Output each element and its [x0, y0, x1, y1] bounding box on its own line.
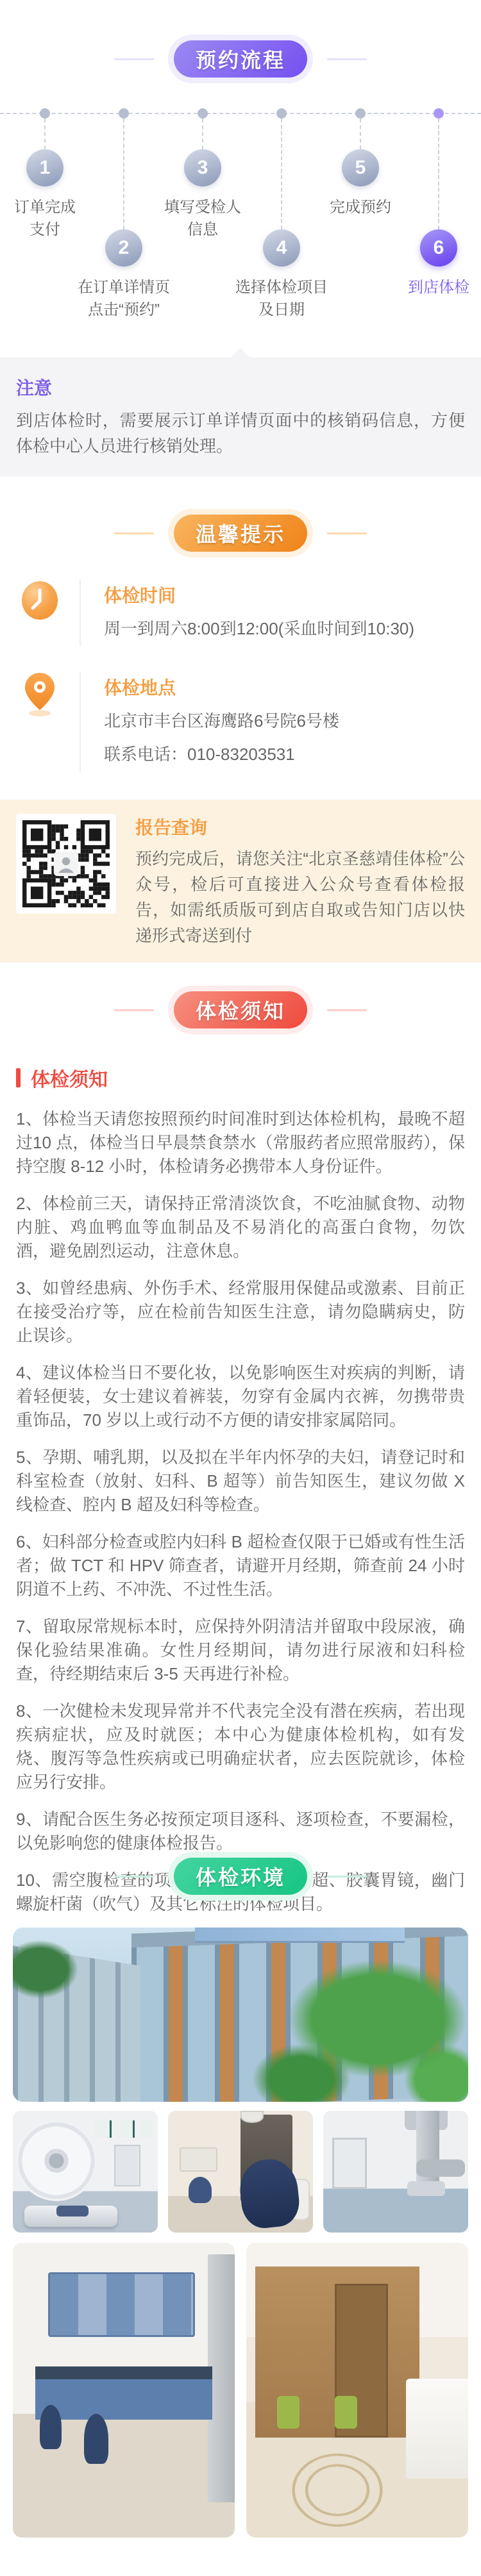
- timeline-dot-2: [119, 108, 129, 119]
- header-line-left: [114, 1876, 154, 1878]
- lab-chair: [40, 2405, 62, 2449]
- header-line-left: [114, 58, 154, 60]
- checkup-detail-page: 预约流程 1 2 3 4 5 6 订单完成 支付 在订单详情页 点击“预约” 填…: [0, 0, 481, 2576]
- tip-phone-text: 联系电话：010-83203531: [104, 742, 465, 766]
- photo-reception-lobby: [246, 2243, 468, 2538]
- title-accent-bar: [16, 1068, 21, 1087]
- photo-row-rooms: [13, 2243, 468, 2538]
- tip-address-text: 北京市丰台区海鹰路6号院6号楼: [104, 709, 465, 733]
- verification-notice-box: 注意 到店体检时，需要展示订单详情页面中的核销码信息，方便体检中心人员进行核销处…: [0, 358, 481, 477]
- note-item-6: 6、妇科部分检查或腔内妇科 B 超检查仅限于已婚或有性生活者；做 TCT 和 H…: [16, 1530, 465, 1601]
- xray-column: [416, 2111, 439, 2191]
- tip-text: 周一到周六8:00到12:00(采血时间到10:30): [104, 616, 465, 641]
- report-query-title: 报告查询: [135, 814, 465, 839]
- xray-arm: [416, 2159, 466, 2177]
- exam-lamp: [240, 2111, 264, 2123]
- booking-flow-pill-halo: 预约流程: [168, 35, 313, 83]
- header-line-right: [327, 58, 367, 60]
- step-5-label: 完成预约: [296, 196, 425, 219]
- environment-photos: [13, 1928, 468, 2538]
- tip-title: 体检地点: [104, 674, 465, 700]
- note-item-1: 1、体检当天请您按照预约时间准时到达体检机构，最晚不超过10 点，体检当日早晨禁…: [16, 1107, 465, 1178]
- lobby-chair: [335, 2396, 357, 2429]
- step-6-label-active: 到店体检: [375, 276, 481, 299]
- environment-section: 体检环境: [0, 1852, 481, 2538]
- step-2-stem: [123, 119, 124, 229]
- xray-detector-panel: [332, 2138, 367, 2189]
- ct-blanket: [56, 2206, 89, 2217]
- step-2-label: 在订单详情页 点击“预约”: [60, 276, 188, 321]
- note-item-5: 5、孕期、哺乳期，以及拟在半年内怀孕的夫妇，请登记时和科室检查（放射、妇科、B …: [16, 1446, 465, 1517]
- tip-checkup-location-content: 体检地点 北京市丰台区海鹰路6号院6号楼 联系电话：010-83203531: [80, 672, 481, 772]
- timeline-dot-6-active: [434, 108, 444, 119]
- environment-pill: 体检环境: [174, 1858, 307, 1895]
- step-3-number: 3: [198, 157, 208, 179]
- wall-posters: [94, 2120, 152, 2138]
- header-line-right: [327, 1876, 367, 1878]
- step-5-circle: 5: [342, 149, 379, 186]
- tip-checkup-time: 体检时间 周一到周六8:00到12:00(采血时间到10:30): [0, 579, 481, 646]
- ct-gantry: [16, 2120, 97, 2200]
- photo-building-exterior: [13, 1928, 468, 2102]
- equipment-cabinet: [114, 2145, 140, 2186]
- note-item-4: 4、建议体检当日不要化妆，以免影响医生对疾病的判断，请着轻便装，女士建议着裤装，…: [16, 1361, 465, 1432]
- environment-pill-halo: 体检环境: [168, 1852, 313, 1901]
- step-3-circle: 3: [184, 149, 221, 186]
- photo-xray-room: [323, 2111, 468, 2233]
- booking-flow-header: 预约流程: [0, 35, 481, 83]
- step-4-label: 选择体检项目 及日期: [217, 276, 346, 321]
- notes-header: 体检须知: [0, 986, 481, 1034]
- step-3-stem: [202, 119, 203, 149]
- timeline-dot-3: [198, 108, 208, 119]
- timeline-dashed-track: [0, 113, 481, 114]
- booking-flow-pill: 预约流程: [174, 40, 307, 78]
- step-6-stem: [438, 119, 439, 229]
- step-1-circle: 1: [26, 149, 63, 186]
- step-4-circle: 4: [263, 229, 300, 267]
- notes-pill: 体检须知: [174, 991, 307, 1028]
- report-query-text: 预约完成后，请您关注“北京圣慈靖佳体检”公众号，检后可直接进入公众号查看体检报告…: [135, 846, 465, 948]
- step-5-number: 5: [355, 157, 366, 179]
- lab-wall-cabinets: [48, 2272, 194, 2337]
- environment-header: 体检环境: [0, 1852, 481, 1901]
- note-item-7: 7、留取尿常规标本时，应保持外阴清洁并留取中段尿液，确保化验结果准确。女性月经期…: [16, 1615, 465, 1686]
- header-line-right: [327, 533, 367, 534]
- step-6-circle-active: 6: [420, 229, 457, 267]
- xray-base: [407, 2181, 445, 2196]
- step-5-stem: [360, 119, 361, 149]
- lobby-chair: [277, 2396, 300, 2429]
- tree-right: [223, 1935, 468, 2102]
- notice-title: 注意: [16, 374, 465, 400]
- note-item-8: 8、一次健检未发现异常并不代表完全没有潜在疾病，若出现疾病症状，应及时就医；本中…: [16, 1699, 465, 1794]
- step-3-label: 填写受检人 信息: [139, 196, 267, 241]
- tip-checkup-location: 体检地点 北京市丰台区海鹰路6号院6号楼 联系电话：010-83203531: [0, 672, 481, 772]
- tips-header: 温馨提示: [0, 509, 481, 557]
- note-item-3: 3、如曾经患病、外伤手术、经常服用保健品或激素、目前正在接受治疗等，应在检前告知…: [16, 1276, 465, 1348]
- notes-section-title-row: 体检须知: [16, 1064, 465, 1092]
- note-item-9: 9、请配合医生务必按预定项目逐科、逐项检查，不要漏检，以免影响您的健康体检报告。: [16, 1808, 465, 1855]
- doctor-stool: [189, 2177, 212, 2204]
- photo-laboratory: [13, 2243, 235, 2538]
- booking-steps-timeline: 1 2 3 4 5 6 订单完成 支付 在订单详情页 点击“预约” 填写受检人 …: [0, 83, 481, 318]
- tips-pill: 温馨提示: [174, 515, 307, 552]
- report-query-card: 报告查询 预约完成后，请您关注“北京圣慈靖佳体检”公众号，检后可直接进入公众号查…: [0, 800, 481, 962]
- timeline-dot-5: [355, 108, 366, 119]
- photo-dental-exam-room: [168, 2111, 313, 2233]
- notice-body: 到店体检时，需要展示订单详情页面中的核销码信息，方便体检中心人员进行核销处理。: [16, 408, 465, 459]
- step-4-number: 4: [276, 237, 287, 259]
- tips-pill-halo: 温馨提示: [168, 509, 313, 557]
- step-4-stem: [281, 119, 282, 229]
- step-2-number: 2: [119, 237, 130, 259]
- step-6-number: 6: [434, 237, 444, 259]
- timeline-dot-1: [40, 108, 50, 119]
- lab-counter: [35, 2366, 213, 2420]
- header-line-right: [327, 1009, 367, 1011]
- photo-row-equipment: [13, 2111, 468, 2233]
- step-2-circle: 2: [105, 229, 142, 267]
- tip-title: 体检时间: [104, 582, 465, 607]
- notes-pill-halo: 体检须知: [168, 986, 313, 1034]
- lobby-floor-pattern: [264, 2431, 410, 2538]
- step-1-label: 订单完成 支付: [0, 196, 109, 241]
- tip-checkup-time-content: 体检时间 周一到周六8:00到12:00(采血时间到10:30): [80, 579, 481, 646]
- reception-desk: [406, 2379, 468, 2479]
- timeline-dot-4: [276, 108, 287, 119]
- notes-section-title: 体检须知: [31, 1064, 108, 1092]
- note-item-2: 2、体检前三天，请保持正常清淡饮食，不吃油腻食物、动物内脏、鸡血鸭血等血制品及不…: [16, 1192, 465, 1263]
- photo-ct-scanner-room: [13, 2111, 158, 2233]
- qr-code: [16, 814, 116, 914]
- report-query-content: 报告查询 预约完成后，请您关注“北京圣慈靖佳体检”公众号，检后可直接进入公众号查…: [116, 814, 465, 948]
- clock-icon: [0, 579, 80, 620]
- step-1-stem: [44, 119, 46, 149]
- header-line-left: [114, 533, 154, 534]
- location-pin-icon: [0, 672, 80, 718]
- supply-cart: [180, 2147, 217, 2172]
- step-1-number: 1: [40, 157, 51, 179]
- tree-left: [13, 1928, 122, 2032]
- lab-chair: [84, 2414, 108, 2464]
- notes-list: 1、体检当天请您按照预约时间准时到达体检机构，最晚不超过10 点，体检当日早晨禁…: [16, 1107, 465, 1911]
- header-line-left: [114, 1009, 154, 1011]
